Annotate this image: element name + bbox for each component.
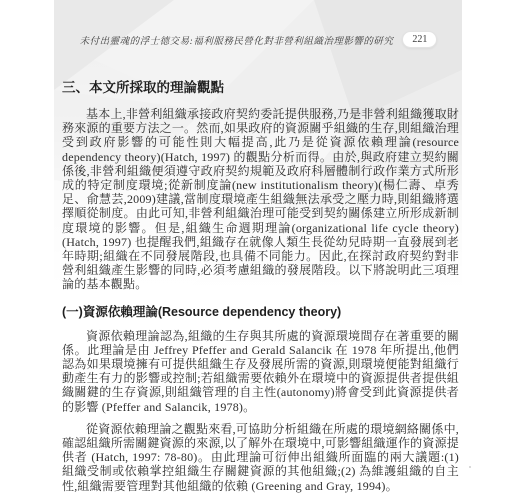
paragraph-intro: 基本上,非營利組織承接政府契約委託提供服務,乃是非營利組織獲取財務來源的重要方法… [62,107,459,292]
running-head: 未付出靈魂的浮士德交易:福利服務民營化對非營利組織治理影響的研究 221 [55,31,462,48]
running-head-title: 未付出靈魂的浮士德交易:福利服務民營化對非營利組織治理影響的研究 [80,33,394,47]
scan-speck-artifact [469,466,471,468]
paragraph-resource-dependency-2: 從資源依賴理論之觀點來看,可協助分析組織在所處的環境網絡關係中,確認組織所需關鍵… [62,422,459,493]
section-title: 三、本文所採取的理論觀點 [62,76,459,96]
page-number-badge: 221 [402,31,437,48]
paragraph-resource-dependency-1: 資源依賴理論認為,組織的生存與其所處的資源環境間存在著重要的關係。此理論是由 J… [62,329,459,414]
scanned-paper-page: 未付出靈魂的浮士德交易:福利服務民營化對非營利組織治理影響的研究 221 三、本… [0,0,520,500]
subsection-title-resource-dependency: (一)資源依賴理論(Resource dependency theory) [62,302,459,320]
article-body: 三、本文所採取的理論觀點 基本上,非營利組織承接政府契約委託提供服務,乃是非營利… [62,76,459,500]
